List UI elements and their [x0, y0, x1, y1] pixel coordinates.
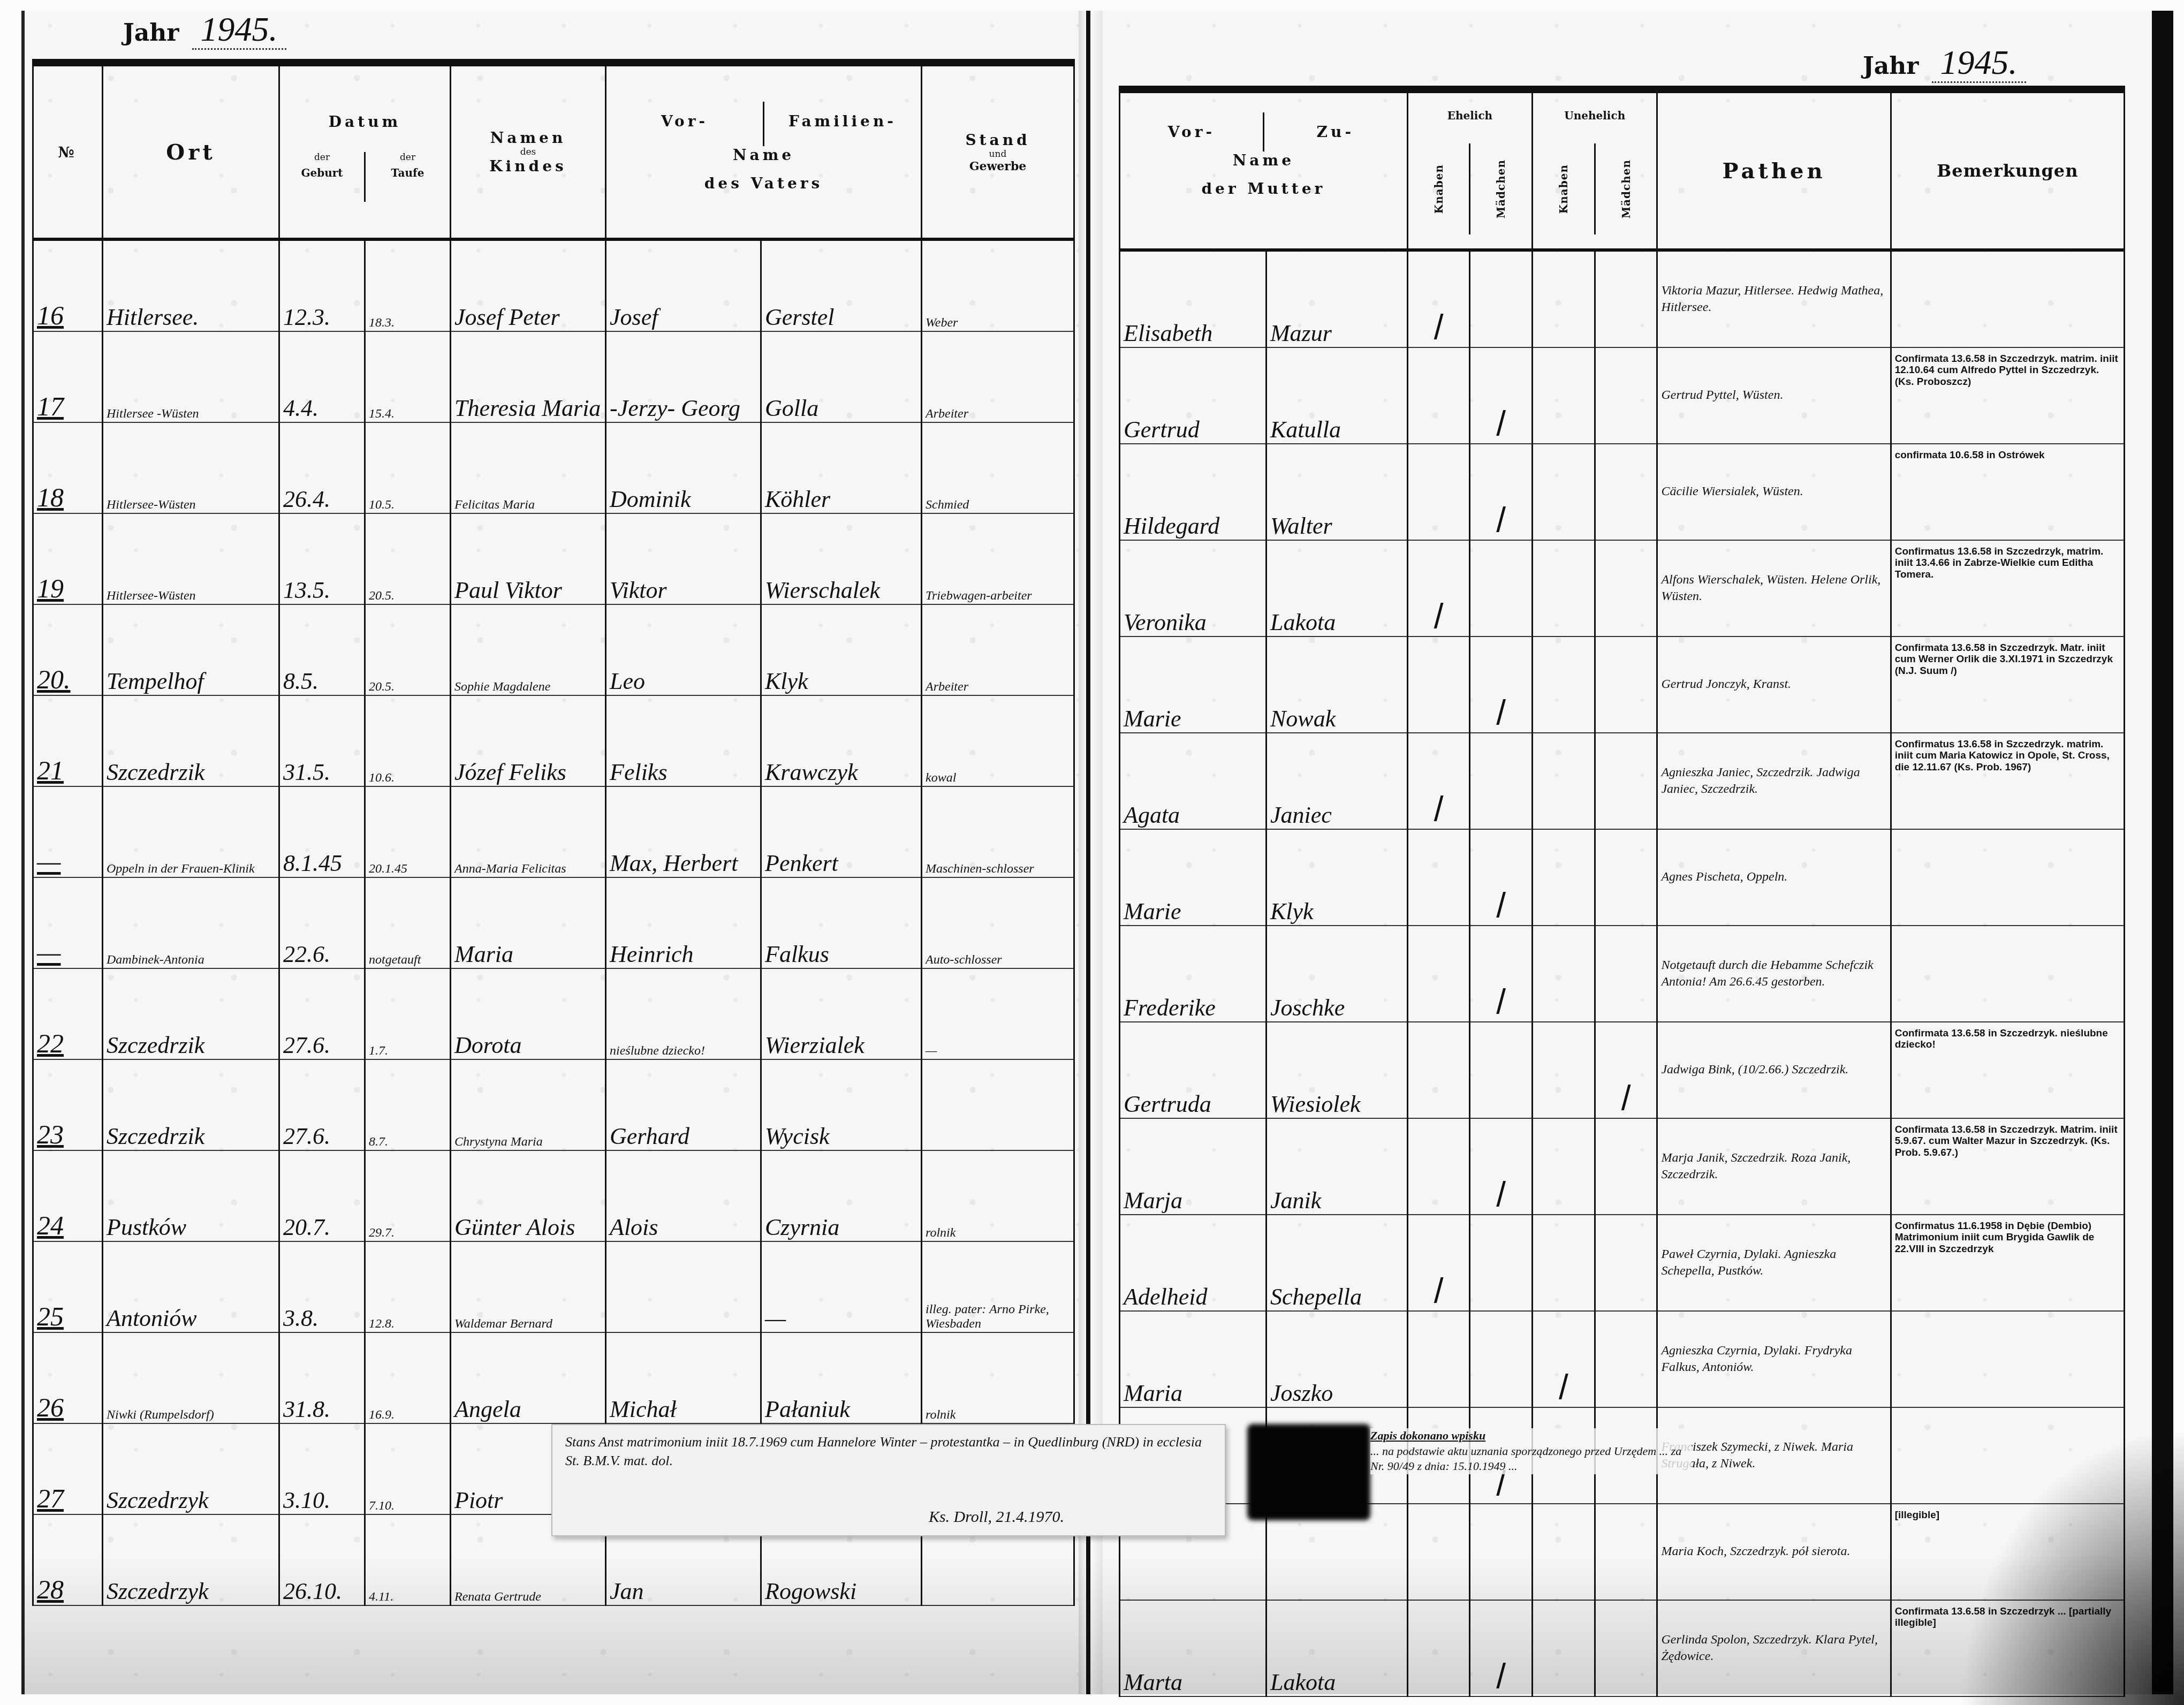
legitimate-boy-mark [1407, 444, 1470, 540]
row-number: — [33, 786, 103, 877]
child-name: Maria [451, 877, 606, 968]
remarks [1891, 926, 2124, 1022]
father-first-name: Josef [606, 239, 761, 331]
father-occupation: illeg. pater: Arno Pirke, Wiesbaden [922, 1241, 1074, 1332]
illegitimate-boy-mark [1533, 1022, 1595, 1118]
illegitimate-girl-mark [1595, 733, 1657, 829]
register-row: —Oppeln in der Frauen-Klinik8.1.4520.1.4… [33, 786, 1074, 877]
remarks [1891, 829, 2124, 926]
register-row: 17Hitlersee -Wüsten4.4.15.4.Theresia Mar… [33, 331, 1074, 422]
birth-date: 31.5. [279, 695, 365, 786]
illegitimate-boy-mark [1533, 636, 1595, 733]
father-occupation: — [922, 968, 1074, 1059]
child-name: Waldemar Bernard [451, 1241, 606, 1332]
father-first-name: -Jerzy- Georg [606, 331, 761, 422]
illegitimate-boy-mark [1533, 444, 1595, 540]
illegitimate-girl-mark [1595, 250, 1657, 347]
father-family-name: Wycisk [761, 1059, 922, 1150]
birth-date: 26.4. [279, 422, 365, 513]
child-name: Paul Viktor [451, 513, 606, 604]
child-name: Josef Peter [451, 239, 606, 331]
register-row: 22Szczedrzik27.6.1.7.Dorotanieślubne dzi… [33, 968, 1074, 1059]
birth-date: 26.10. [279, 1514, 365, 1605]
godparents: Viktoria Mazur, Hitlersee. Hedwig Mathea… [1657, 250, 1891, 347]
baptism-date: 29.7. [365, 1150, 451, 1241]
remarks [1891, 250, 2124, 347]
place: Szczedrzik [103, 968, 279, 1059]
header-illegitimate: Unehelich Knaben Mädchen [1533, 89, 1657, 250]
illegitimate-boy-mark [1533, 1215, 1595, 1311]
baptism-date: notgetauft [365, 877, 451, 968]
mother-first-name: Marta [1120, 1600, 1267, 1696]
place: Hitlersee-Wüsten [103, 513, 279, 604]
row-number: 19 [33, 513, 103, 604]
header-text: der Mutter [1120, 169, 1407, 230]
godparents: Gertrud Pyttel, Wüsten. [1657, 347, 1891, 444]
place: Hitlersee. [103, 239, 279, 331]
legitimate-boy-mark [1407, 1504, 1470, 1600]
header-family-name: Familien- [764, 102, 921, 146]
legitimate-girl-mark [1470, 733, 1533, 829]
left-year-heading: Jahr1945. [123, 10, 286, 49]
child-name: Angela [451, 1332, 606, 1423]
father-occupation: rolnik [922, 1332, 1074, 1423]
father-family-name: Klyk [761, 604, 922, 695]
illegitimate-boy-mark [1533, 829, 1595, 926]
mother-first-name: Gertruda [1120, 1022, 1267, 1118]
row-number: 25 [33, 1241, 103, 1332]
row-number: 22 [33, 968, 103, 1059]
illegitimate-boy-mark: / [1533, 1311, 1595, 1407]
illegitimate-boy-mark [1533, 250, 1595, 347]
slip-signature: Ks. Droll, 21.4.1970. [929, 1506, 1064, 1528]
baptism-date: 18.3. [365, 239, 451, 331]
remarks: Confirmata 13.6.58 in Szczedrzyk ... [pa… [1891, 1600, 2124, 1696]
header-girls: Mädchen [1596, 143, 1657, 234]
baptism-date: 16.9. [365, 1332, 451, 1423]
header-text: Gewerbe [926, 160, 1070, 173]
legitimate-girl-mark: / [1470, 444, 1533, 540]
legitimate-boy-mark [1407, 1118, 1470, 1215]
child-name: Dorota [451, 968, 606, 1059]
mother-last-name: Joschke [1266, 926, 1407, 1022]
year-value: 1945. [1932, 43, 2026, 83]
legitimate-boy-mark [1407, 636, 1470, 733]
father-occupation: Arbeiter [922, 331, 1074, 422]
illegitimate-girl-mark [1595, 444, 1657, 540]
register-row: MarieNowak/Gertrud Jonczyk, Kranst.Confi… [1120, 636, 2125, 733]
father-occupation: Auto-schlosser [922, 877, 1074, 968]
header-text: Kindes [454, 157, 602, 175]
mother-first-name: Marja [1120, 1118, 1267, 1215]
father-first-name: Feliks [606, 695, 761, 786]
note-heading: Zapis dokonano wpisku [1370, 1428, 1692, 1444]
illegitimate-girl-mark [1595, 1215, 1657, 1311]
illegitimate-girl-mark [1595, 829, 1657, 926]
legitimate-girl-mark [1470, 540, 1533, 636]
legitimate-boy-mark: / [1407, 250, 1470, 347]
father-family-name: Wierzialek [761, 968, 922, 1059]
legitimate-girl-mark: / [1470, 926, 1533, 1022]
father-occupation: Schmied [922, 422, 1074, 513]
birth-date: 13.5. [279, 513, 365, 604]
mother-last-name: Schepella [1266, 1215, 1407, 1311]
right-year-heading: Jahr1945. [1863, 43, 2026, 82]
register-row: MartaLakota/Gerlinda Spolon, Szczedrzyk.… [1120, 1600, 2125, 1696]
mother-first-name: Frederike [1120, 926, 1267, 1022]
header-child-name: Namen des Kindes [451, 63, 606, 239]
header-first-name: Vor- [1120, 112, 1264, 151]
father-first-name: Michał [606, 1332, 761, 1423]
left-register-rows: 16Hitlersee.12.3.18.3.Josef PeterJosefGe… [33, 239, 1074, 1605]
place: Hitlersee -Wüsten [103, 331, 279, 422]
birth-date: 3.8. [279, 1241, 365, 1332]
mother-last-name: Janik [1266, 1118, 1407, 1215]
header-text: Namen [454, 129, 602, 147]
place: Oppeln in der Frauen-Klinik [103, 786, 279, 877]
row-number: — [33, 877, 103, 968]
father-first-name: nieślubne dziecko! [606, 968, 761, 1059]
header-text: Name [606, 146, 921, 164]
godparents: Agnes Pischeta, Oppeln. [1657, 829, 1891, 926]
register-row: —Dambinek-Antonia22.6.notgetauftMariaHei… [33, 877, 1074, 968]
header-text: Mädchen [1495, 160, 1507, 218]
place: Antoniów [103, 1241, 279, 1332]
baptism-date: 15.4. [365, 331, 451, 422]
row27-overlay-note: Zapis dokonano wpisku ... na podstawie a… [1370, 1428, 1692, 1474]
illegitimate-girl-mark [1595, 1504, 1657, 1600]
mother-first-name: Veronika [1120, 540, 1267, 636]
father-first-name: Max, Herbert [606, 786, 761, 877]
header-text: Ehelich [1408, 93, 1531, 143]
register-row: MarieKlyk/Agnes Pischeta, Oppeln. [1120, 829, 2125, 926]
remarks: Confirmatus 13.6.58 in Szczedrzyk, matri… [1891, 540, 2124, 636]
godparents: Gerlinda Spolon, Szczedrzyk. Klara Pytel… [1657, 1600, 1891, 1696]
header-number: № [33, 63, 103, 239]
year-label: Jahr [1863, 52, 1919, 80]
row-number: 27 [33, 1423, 103, 1514]
header-text: Knaben [1432, 164, 1445, 214]
header-date-group: Datum [280, 102, 450, 152]
mother-first-name: Marie [1120, 829, 1267, 926]
baptism-date: 7.10. [365, 1423, 451, 1514]
legitimate-girl-mark [1470, 1022, 1533, 1118]
illegitimate-girl-mark [1595, 636, 1657, 733]
row-number: 16 [33, 239, 103, 331]
mother-first-name: Agata [1120, 733, 1267, 829]
mother-first-name: Adelheid [1120, 1215, 1267, 1311]
child-name: Chrystyna Maria [451, 1059, 606, 1150]
remarks: confirmata 10.6.58 in Ostrówek [1891, 444, 2124, 540]
mother-last-name: Mazur [1266, 250, 1407, 347]
father-family-name: Penkert [761, 786, 922, 877]
row-number: 17 [33, 331, 103, 422]
legitimate-boy-mark [1407, 1311, 1470, 1407]
header-remarks: Bemerkungen [1891, 89, 2124, 250]
legitimate-girl-mark [1470, 1311, 1533, 1407]
birth-date: 27.6. [279, 968, 365, 1059]
header-text: Geburt [301, 166, 343, 179]
father-occupation: Maschinen-schlosser [922, 786, 1074, 877]
godparents: Franciszek Szymecki, z Niwek. Maria Stru… [1657, 1407, 1891, 1504]
header-text: Stand [926, 131, 1070, 149]
illegitimate-girl-mark [1595, 347, 1657, 444]
baptism-date: 1.7. [365, 968, 451, 1059]
illegitimate-boy-mark [1533, 926, 1595, 1022]
illegitimate-boy-mark [1533, 1118, 1595, 1215]
remarks: Confirmatus 13.6.58 in Szczedrzyk. matri… [1891, 733, 2124, 829]
row-number: 28 [33, 1514, 103, 1605]
legitimate-girl-mark: / [1470, 347, 1533, 444]
header-date: Datum derGeburt derTaufe [279, 63, 451, 239]
remarks [1891, 1311, 2124, 1407]
father-family-name: Pałaniuk [761, 1332, 922, 1423]
register-row: VeronikaLakota/Alfons Wierschalek, Wüste… [1120, 540, 2125, 636]
register-row: GertrudaWiesiolek/Jadwiga Bink, (10/2.66… [1120, 1022, 2125, 1118]
row-number: 26 [33, 1332, 103, 1423]
illegitimate-boy-mark [1533, 1600, 1595, 1696]
register-row: FrederikeJoschke/Notgetauft durch die He… [1120, 926, 2125, 1022]
birth-date: 4.4. [279, 331, 365, 422]
father-first-name: Dominik [606, 422, 761, 513]
father-family-name: — [761, 1241, 922, 1332]
baptism-date: 12.8. [365, 1241, 451, 1332]
register-row: AdelheidSchepella/Paweł Czyrnia, Dylaki.… [1120, 1215, 2125, 1311]
header-text: Knaben [1557, 164, 1570, 214]
father-occupation: Arbeiter [922, 604, 1074, 695]
illegitimate-girl-mark [1595, 926, 1657, 1022]
place: Hitlersee-Wüsten [103, 422, 279, 513]
header-place: Ort [103, 63, 279, 239]
godparents: Gertrud Jonczyk, Kranst. [1657, 636, 1891, 733]
register-row: 24Pustków20.7.29.7.Günter AloisAloisCzyr… [33, 1150, 1074, 1241]
illegitimate-girl-mark [1595, 1311, 1657, 1407]
header-last-name: Zu- [1264, 112, 1407, 151]
birth-date: 20.7. [279, 1150, 365, 1241]
header-small: der [366, 152, 450, 163]
father-family-name: Gerstel [761, 239, 922, 331]
slip-text: Stans Anst matrimonium iniit 18.7.1969 c… [565, 1433, 1212, 1470]
father-first-name [606, 1241, 761, 1332]
mother-last-name: Katulla [1266, 347, 1407, 444]
godparents: Maria Koch, Szczedrzyk. pół sierota. [1657, 1504, 1891, 1600]
mother-first-name: Elisabeth [1120, 250, 1267, 347]
register-row: 18Hitlersee-Wüsten26.4.10.5.Felicitas Ma… [33, 422, 1074, 513]
legitimate-girl-mark [1470, 1215, 1533, 1311]
header-first-name: Vor- [606, 102, 764, 146]
legitimate-boy-mark: / [1407, 540, 1470, 636]
legitimate-boy-mark: / [1407, 1215, 1470, 1311]
header-boys: Knaben [1533, 143, 1596, 234]
register-row: HildegardWalter/Cäcilie Wiersialek, Wüst… [1120, 444, 2125, 540]
baptism-date: 8.7. [365, 1059, 451, 1150]
header-father-name: Vor- Familien- Name des Vaters [606, 63, 922, 239]
illegitimate-boy-mark [1533, 1504, 1595, 1600]
header-small: der [280, 152, 364, 163]
father-family-name: Wierschalek [761, 513, 922, 604]
father-occupation: rolnik [922, 1150, 1074, 1241]
baptism-date: 20.5. [365, 513, 451, 604]
illegitimate-boy-mark [1533, 540, 1595, 636]
illegitimate-girl-mark: / [1595, 1022, 1657, 1118]
header-birth: derGeburt [280, 152, 366, 202]
birth-date: 22.6. [279, 877, 365, 968]
father-first-name: Alois [606, 1150, 761, 1241]
birth-date: 31.8. [279, 1332, 365, 1423]
remarks: Confirmata 13.6.58 in Szczedrzyk. matrim… [1891, 347, 2124, 444]
godparents: Paweł Czyrnia, Dylaki. Agnieszka Schepel… [1657, 1215, 1891, 1311]
baptism-date: 10.5. [365, 422, 451, 513]
child-name: Józef Feliks [451, 695, 606, 786]
illegitimate-girl-mark [1595, 1600, 1657, 1696]
register-row: 21Szczedrzik31.5.10.6.Józef FeliksFeliks… [33, 695, 1074, 786]
father-occupation: Triebwagen-arbeiter [922, 513, 1074, 604]
godparents: Notgetauft durch die Hebamme Schefczik A… [1657, 926, 1891, 1022]
register-row: MarjaJanik/Marja Janik, Szczedrzik. Roza… [1120, 1118, 2125, 1215]
baptism-date: 4.11. [365, 1514, 451, 1605]
pasted-annotation-slip: Stans Anst matrimonium iniit 18.7.1969 c… [551, 1424, 1226, 1536]
place: Dambinek-Antonia [103, 877, 279, 968]
godparents: Alfons Wierschalek, Wüsten. Helene Orlik… [1657, 540, 1891, 636]
baptism-date: 10.6. [365, 695, 451, 786]
mother-last-name: Walter [1266, 444, 1407, 540]
register-row: 20.Tempelhof8.5.20.5.Sophie MagdaleneLeo… [33, 604, 1074, 695]
register-row: 23Szczedrzik27.6.8.7.Chrystyna MariaGerh… [33, 1059, 1074, 1150]
legitimate-girl-mark: / [1470, 636, 1533, 733]
remarks: Confirmata 13.6.58 in Szczedrzyk. nieślu… [1891, 1022, 2124, 1118]
baptism-date: 20.1.45 [365, 786, 451, 877]
register-row: AgataJaniec/Agnieszka Janiec, Szczedrzik… [1120, 733, 2125, 829]
header-godparents: Pathen [1657, 89, 1891, 250]
birth-date: 12.3. [279, 239, 365, 331]
place: Tempelhof [103, 604, 279, 695]
birth-date: 27.6. [279, 1059, 365, 1150]
legitimate-boy-mark [1407, 829, 1470, 926]
remarks: Confirmatus 11.6.1958 in Dębie (Dembio) … [1891, 1215, 2124, 1311]
mother-first-name: Marie [1120, 636, 1267, 733]
illegitimate-girl-mark [1595, 1118, 1657, 1215]
legitimate-boy-mark [1407, 926, 1470, 1022]
legitimate-girl-mark: / [1470, 1118, 1533, 1215]
legitimate-girl-mark: / [1470, 829, 1533, 926]
father-family-name: Golla [761, 331, 922, 422]
register-row: 19Hitlersee-Wüsten13.5.20.5.Paul ViktorV… [33, 513, 1074, 604]
mother-first-name: Gertrud [1120, 347, 1267, 444]
header-text: Unehelich [1533, 93, 1656, 143]
header-occupation: Stand und Gewerbe [922, 63, 1074, 239]
legitimate-girl-mark [1470, 1504, 1533, 1600]
child-name: Felicitas Maria [451, 422, 606, 513]
father-occupation: kowal [922, 695, 1074, 786]
mother-last-name: Janiec [1266, 733, 1407, 829]
place: Szczedrzik [103, 695, 279, 786]
header-text: Name [1120, 151, 1407, 169]
redaction-box [1247, 1424, 1370, 1520]
mother-last-name: Lakota [1266, 1600, 1407, 1696]
place: Szczedrzyk [103, 1514, 279, 1605]
row-number: 23 [33, 1059, 103, 1150]
year-value: 1945. [192, 10, 286, 50]
remarks: [illegible] [1891, 1504, 2124, 1600]
place: Szczedrzyk [103, 1423, 279, 1514]
header-small: und [926, 149, 1070, 160]
left-register-table: № Ort Datum derGeburt derTaufe Namen des… [32, 59, 1075, 1606]
mother-first-name: Hildegard [1120, 444, 1267, 540]
godparents: Cäcilie Wiersialek, Wüsten. [1657, 444, 1891, 540]
mother-last-name: Klyk [1266, 829, 1407, 926]
illegitimate-boy-mark [1533, 347, 1595, 444]
birth-date: 3.10. [279, 1423, 365, 1514]
remarks: Confirmata 13.6.58 in Szczedrzyk. Matrim… [1891, 1118, 2124, 1215]
year-label: Jahr [123, 19, 179, 47]
father-family-name: Czyrnia [761, 1150, 922, 1241]
father-family-name: Krawczyk [761, 695, 922, 786]
mother-last-name: Joszko [1266, 1311, 1407, 1407]
father-occupation [922, 1059, 1074, 1150]
father-first-name: Gerhard [606, 1059, 761, 1150]
remarks: Confirmata 13.6.58 in Szczedrzyk. Matr. … [1891, 636, 2124, 733]
register-row: 25Antoniów3.8.12.8.Waldemar Bernard—ille… [33, 1241, 1074, 1332]
mother-last-name: Nowak [1266, 636, 1407, 733]
child-name: Theresia Maria [451, 331, 606, 422]
father-first-name: Leo [606, 604, 761, 695]
legitimate-boy-mark [1407, 1022, 1470, 1118]
legitimate-boy-mark [1407, 1600, 1470, 1696]
remarks [1891, 1407, 2124, 1504]
legitimate-girl-mark: / [1470, 1600, 1533, 1696]
legitimate-boy-mark [1407, 347, 1470, 444]
godparents: Agnieszka Janiec, Szczedrzik. Jadwiga Ja… [1657, 733, 1891, 829]
baptism-date: 20.5. [365, 604, 451, 695]
header-legitimate: Ehelich Knaben Mädchen [1407, 89, 1532, 250]
header-text: Mädchen [1620, 160, 1633, 218]
child-name: Günter Alois [451, 1150, 606, 1241]
father-first-name: Heinrich [606, 877, 761, 968]
mother-first-name: Maria [1120, 1311, 1267, 1407]
godparents: Jadwiga Bink, (10/2.66.) Szczedrzik. [1657, 1022, 1891, 1118]
father-occupation: Weber [922, 239, 1074, 331]
child-name: Sophie Magdalene [451, 604, 606, 695]
row-number: 24 [33, 1150, 103, 1241]
place: Szczedrzik [103, 1059, 279, 1150]
father-family-name: Köhler [761, 422, 922, 513]
register-row: 26Niwki (Rumpelsdorf)31.8.16.9.AngelaMic… [33, 1332, 1074, 1423]
mother-last-name: Wiesiolek [1266, 1022, 1407, 1118]
header-text: des Vaters [606, 164, 921, 203]
register-row: ElisabethMazur/Viktoria Mazur, Hitlersee… [1120, 250, 2125, 347]
row-number: 21 [33, 695, 103, 786]
row-number: 18 [33, 422, 103, 513]
header-girls: Mädchen [1470, 143, 1531, 234]
header-small: des [454, 147, 602, 157]
legitimate-boy-mark: / [1407, 733, 1470, 829]
place: Niwki (Rumpelsdorf) [103, 1332, 279, 1423]
mother-last-name: Lakota [1266, 540, 1407, 636]
header-baptism: derTaufe [366, 152, 450, 202]
register-row: MariaJoszko/Agnieszka Czyrnia, Dylaki. F… [1120, 1311, 2125, 1407]
legitimate-girl-mark [1470, 250, 1533, 347]
row-number: 20. [33, 604, 103, 695]
header-boys: Knaben [1408, 143, 1471, 234]
register-spread: Jahr1945. Jahr1945. № Ort Datum derGebur… [0, 0, 2184, 1705]
header-text: Taufe [391, 166, 424, 179]
illegitimate-girl-mark [1595, 540, 1657, 636]
place: Pustków [103, 1150, 279, 1241]
godparents: Agnieszka Czyrnia, Dylaki. Frydryka Falk… [1657, 1311, 1891, 1407]
birth-date: 8.1.45 [279, 786, 365, 877]
register-row: GertrudKatulla/Gertrud Pyttel, Wüsten.Co… [1120, 347, 2125, 444]
father-first-name: Viktor [606, 513, 761, 604]
